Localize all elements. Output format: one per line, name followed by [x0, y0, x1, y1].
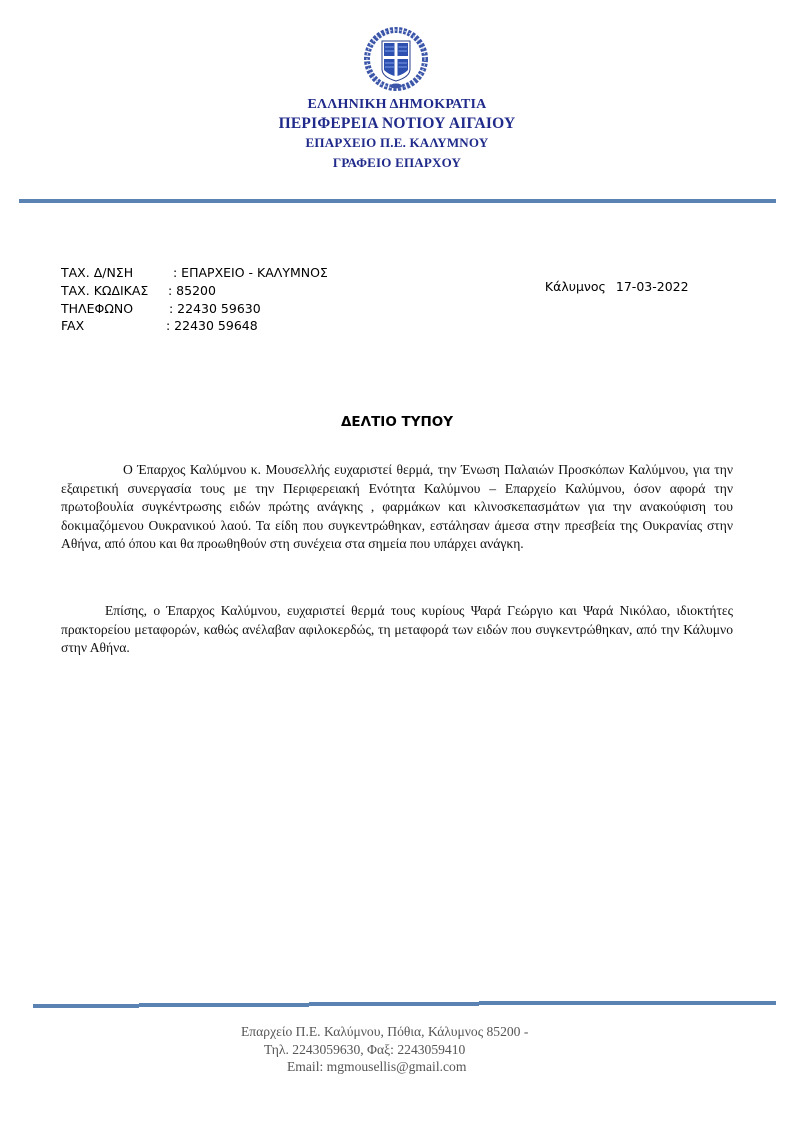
document-title: ΔΕΛΤΙΟ ΤΥΠΟΥ — [0, 414, 794, 430]
letterhead-country: ΕΛΛΗΝΙΚΗ ΔΗΜΟΚΡΑΤΙΑ — [0, 97, 794, 113]
letterhead-region: ΠΕΡΙΦΕΡΕΙΑ ΝΟΤΙΟΥ ΑΙΓΑΙΟΥ — [0, 115, 794, 133]
contact-value-address: : ΕΠΑΡΧΕΙΟ - ΚΑΛΥΜΝΟΣ — [173, 264, 328, 282]
body-paragraph-1: Ο Έπαρχος Καλύμνου κ. Μουσελλής ευχαριστ… — [61, 461, 733, 554]
place-and-date: Κάλυμνος17-03-2022 — [529, 264, 689, 309]
footer-email: Email: mgmousellis@gmail.com — [287, 1059, 466, 1075]
body-paragraph-2: Επίσης, ο Έπαρχος Καλύμνου, ευχαριστεί θ… — [61, 602, 733, 658]
letterhead-prefecture-office: ΕΠΑΡΧΕΙΟ Π.Ε. ΚΑΛΥΜΝΟΥ — [0, 135, 794, 151]
contact-value-postal-code: : 85200 — [168, 282, 216, 300]
header-divider — [19, 199, 776, 203]
letterhead-department: ΓΡΑΦΕΙΟ ΕΠΑΡΧΟΥ — [0, 155, 794, 171]
footer-divider-segment — [33, 1004, 139, 1008]
footer: Επαρχείο Π.Ε. Καλύμνου, Πόθια, Κάλυμνος … — [0, 0, 794, 80]
footer-divider-segment — [139, 1003, 309, 1007]
contact-value-phone: : 22430 59630 — [169, 300, 261, 318]
footer-phones: Τηλ. 2243059630, Φαξ: 2243059410 — [264, 1042, 465, 1058]
contact-label-fax: FAX — [61, 317, 84, 335]
footer-divider-segment — [309, 1002, 479, 1006]
contact-label-address: ΤΑΧ. Δ/ΝΣΗ — [61, 264, 133, 282]
date: 17-03-2022 — [616, 279, 689, 294]
contact-value-fax: : 22430 59648 — [166, 317, 258, 335]
contact-label-postal-code: ΤΑΧ. ΚΩΔΙΚΑΣ — [61, 282, 148, 300]
place: Κάλυμνος — [545, 279, 606, 294]
footer-divider-segment — [479, 1001, 776, 1005]
footer-address: Επαρχείο Π.Ε. Καλύμνου, Πόθια, Κάλυμνος … — [241, 1024, 528, 1040]
press-release-page: ΕΛΛΗΝΙΚΗ ΔΗΜΟΚΡΑΤΙΑ ΠΕΡΙΦΕΡΕΙΑ ΝΟΤΙΟΥ ΑΙ… — [0, 0, 794, 1123]
contact-label-phone: ΤΗΛΕΦΩΝΟ — [61, 300, 133, 318]
